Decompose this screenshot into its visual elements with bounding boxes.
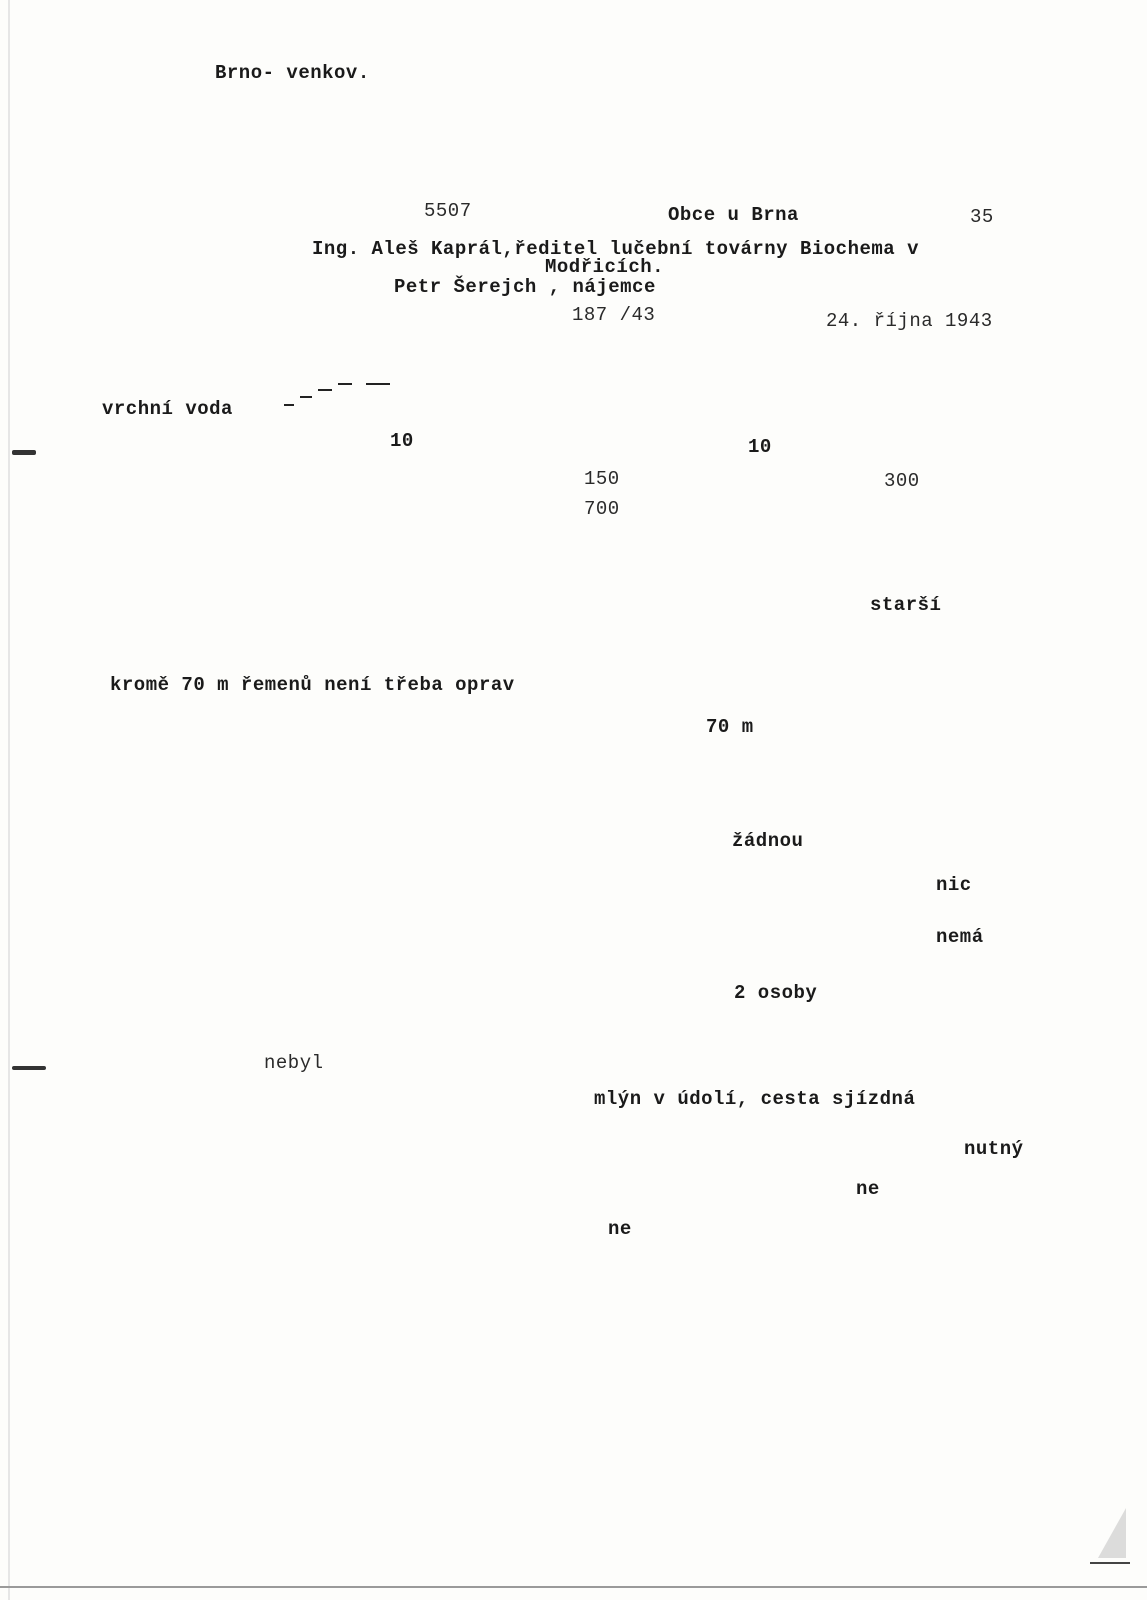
reference-number: 187 /43 (572, 304, 655, 326)
value-700: 700 (584, 498, 620, 520)
margin-arrow-mark (12, 1066, 46, 1070)
municipality: Obce u Brna (668, 204, 799, 226)
corner-line-mark (1090, 1562, 1130, 1564)
no-value-2: ne (608, 1218, 632, 1240)
tenant: Petr Šerejch , nájemce (394, 276, 656, 298)
value-300: 300 (884, 470, 920, 492)
margin-arrow-mark (12, 450, 36, 455)
dash-mark (284, 404, 294, 406)
dash-mark (366, 383, 390, 385)
value-150: 150 (584, 468, 620, 490)
page-edge (8, 0, 10, 1600)
repairs-note: kromě 70 m řemenů není třeba oprav (110, 674, 515, 696)
dash-mark (318, 389, 332, 391)
nothing-value: nic (936, 874, 972, 896)
age: starší (870, 594, 941, 616)
persons-count: 2 osoby (734, 982, 817, 1004)
dash-mark (338, 383, 352, 385)
none-value: žádnou (732, 830, 803, 852)
corner-fold-mark (1098, 1508, 1126, 1558)
district: Brno- venkov. (215, 62, 370, 84)
page-edge-bottom (0, 1586, 1147, 1588)
value-10-b: 10 (748, 436, 772, 458)
document-date: 24. října 1943 (826, 310, 993, 332)
page-number: 35 (970, 206, 994, 228)
value-10-a: 10 (390, 430, 414, 452)
no-value-1: ne (856, 1178, 880, 1200)
water-type: vrchní voda (102, 398, 233, 420)
location-note: mlýn v údolí, cesta sjízdná (594, 1088, 915, 1110)
belt-length: 70 m (706, 716, 754, 738)
owner-line-2: Modřicích. (545, 256, 664, 278)
record-number: 5507 (424, 200, 472, 222)
was-not-value: nebyl (264, 1052, 324, 1074)
dash-mark (300, 396, 312, 398)
has-not-value: nemá (936, 926, 984, 948)
necessary-value: nutný (964, 1138, 1024, 1160)
